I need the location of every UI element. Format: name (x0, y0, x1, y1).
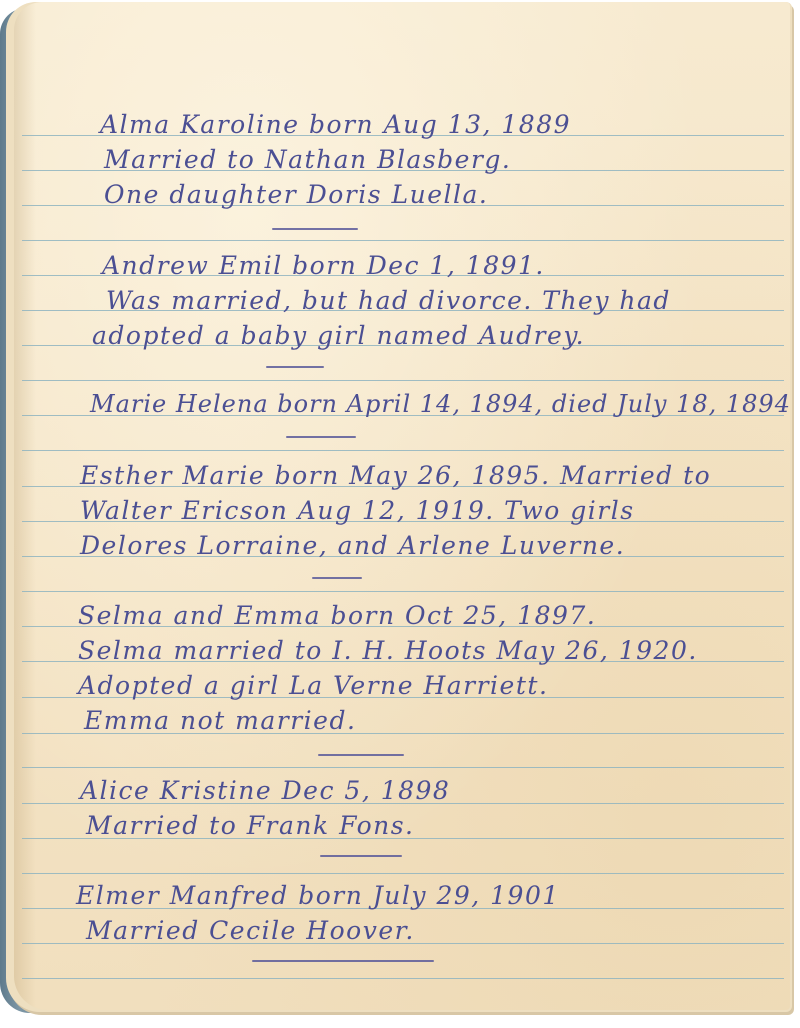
entry-line: Selma and Emma born Oct 25, 1897. (78, 603, 596, 628)
entry-line: Alice Kristine Dec 5, 1898 (80, 778, 450, 803)
entry-line: Was married, but had divorce. They had (106, 288, 671, 313)
ruled-line (22, 978, 784, 979)
entry-line: Married Cecile Hoover. (86, 918, 415, 943)
entry-line: Esther Marie born May 26, 1895. Married … (80, 463, 711, 488)
ruled-line (22, 591, 784, 592)
entry-divider (320, 855, 402, 857)
entry-line: Adopted a girl La Verne Harriett. (78, 673, 548, 698)
entry-divider (266, 366, 324, 368)
ruled-line (22, 380, 784, 381)
entry-line: Elmer Manfred born July 29, 1901 (76, 883, 560, 908)
entry-line: Emma not married. (84, 708, 356, 733)
entry-line: Married to Nathan Blasberg. (104, 147, 511, 172)
entry-divider (312, 577, 362, 579)
ruled-line (22, 873, 784, 874)
notebook-page: Alma Karoline born Aug 13, 1889 Married … (14, 2, 790, 1010)
entry-divider (272, 228, 358, 230)
entry-line: Walter Ericson Aug 12, 1919. Two girls (80, 498, 635, 523)
entry-divider (252, 960, 434, 962)
entry-line: adopted a baby girl named Audrey. (92, 323, 585, 348)
entry-divider (318, 754, 404, 756)
entry-line: Alma Karoline born Aug 13, 1889 (100, 112, 571, 137)
entry-line: Delores Lorraine, and Arlene Luverne. (80, 533, 625, 558)
ruled-line (22, 767, 784, 768)
entry-line: Selma married to I. H. Hoots May 26, 192… (78, 638, 698, 663)
notebook: Alma Karoline born Aug 13, 1889 Married … (0, 0, 800, 1028)
entry-line: Married to Frank Fons. (86, 813, 415, 838)
entry-line: Marie Helena born April 14, 1894, died J… (90, 392, 790, 416)
ruled-line (22, 240, 784, 241)
entry-divider (286, 436, 356, 438)
ruled-line (22, 450, 784, 451)
entry-line: Andrew Emil born Dec 1, 1891. (102, 253, 545, 278)
entry-line: One daughter Doris Luella. (104, 182, 488, 207)
